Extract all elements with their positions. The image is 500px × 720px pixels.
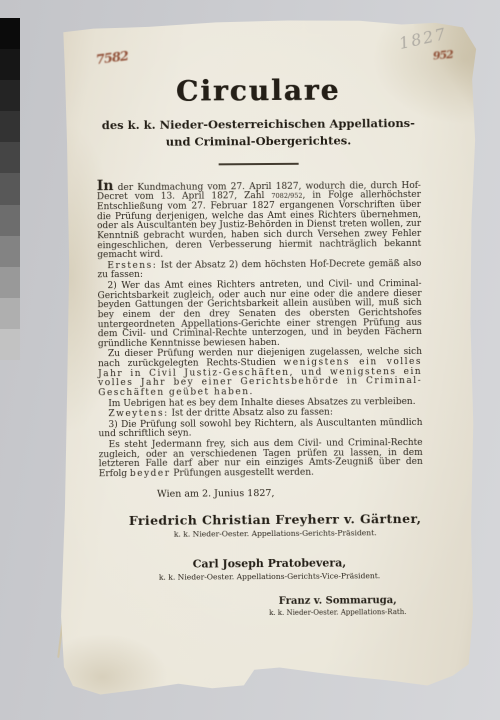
dateline: Wien am 2. Junius 1827,: [157, 487, 423, 500]
signatory-name: Carl Joseph Pratobevera,: [115, 556, 423, 571]
body-paragraph: Es steht Jedermann frey, sich aus dem Ci…: [99, 439, 423, 480]
signatory-title: k. k. Nieder-Oester. Appellations-Rath.: [218, 607, 458, 617]
document-page: 7582 1827 952 Circulare des k. k. Nieder…: [56, 19, 483, 698]
body-paragraph: 2) Wer das Amt eines Richters antreten, …: [97, 280, 421, 350]
body-paragraph: Erstens: Ist der Absatz 2) dem höchsten …: [97, 260, 421, 282]
signatory-title: k. k. Nieder-Oester. Appellations-Gerich…: [127, 528, 423, 539]
red-ink-registry-mark-left: 7582: [95, 49, 129, 68]
signatory-name: Franz v. Sommaruga,: [218, 594, 458, 607]
photo-background: 7582 1827 952 Circulare des k. k. Nieder…: [0, 0, 500, 720]
red-ink-registry-mark-right: 952: [432, 48, 453, 63]
signatory-title: k. k. Nieder-Oester. Appellations-Gerich…: [115, 571, 423, 582]
subtitle-line-1: des k. k. Nieder-Oesterreichischen Appel…: [96, 115, 420, 135]
body-paragraph: In der Kundmachung vom 27. April 1827, w…: [97, 176, 422, 261]
document-subtitle: des k. k. Nieder-Oesterreichischen Appel…: [96, 115, 420, 152]
grayscale-calibration-strip: [0, 18, 20, 360]
body-paragraph: Zu dieser Prüfung werden nur diejenigen …: [98, 348, 422, 398]
divider-rule: [219, 162, 299, 165]
signature-block-rath: Franz v. Sommaruga, k. k. Nieder-Oester.…: [218, 594, 458, 617]
signatory-name: Friedrich Christian Freyherr v. Gärtner,: [127, 511, 423, 528]
document-title: Circulare: [96, 73, 420, 108]
body-paragraph: 3) Die Prüfung soll sowohl bey Richtern,…: [98, 419, 422, 441]
signature-block-president: Friedrich Christian Freyherr v. Gärtner,…: [99, 511, 423, 539]
subtitle-line-2: und Criminal-Obergerichtes.: [96, 132, 420, 152]
signature-block-vice-president: Carl Joseph Pratobevera, k. k. Nieder-Oe…: [99, 556, 423, 582]
document-body: In der Kundmachung vom 27. April 1827, w…: [97, 176, 423, 479]
